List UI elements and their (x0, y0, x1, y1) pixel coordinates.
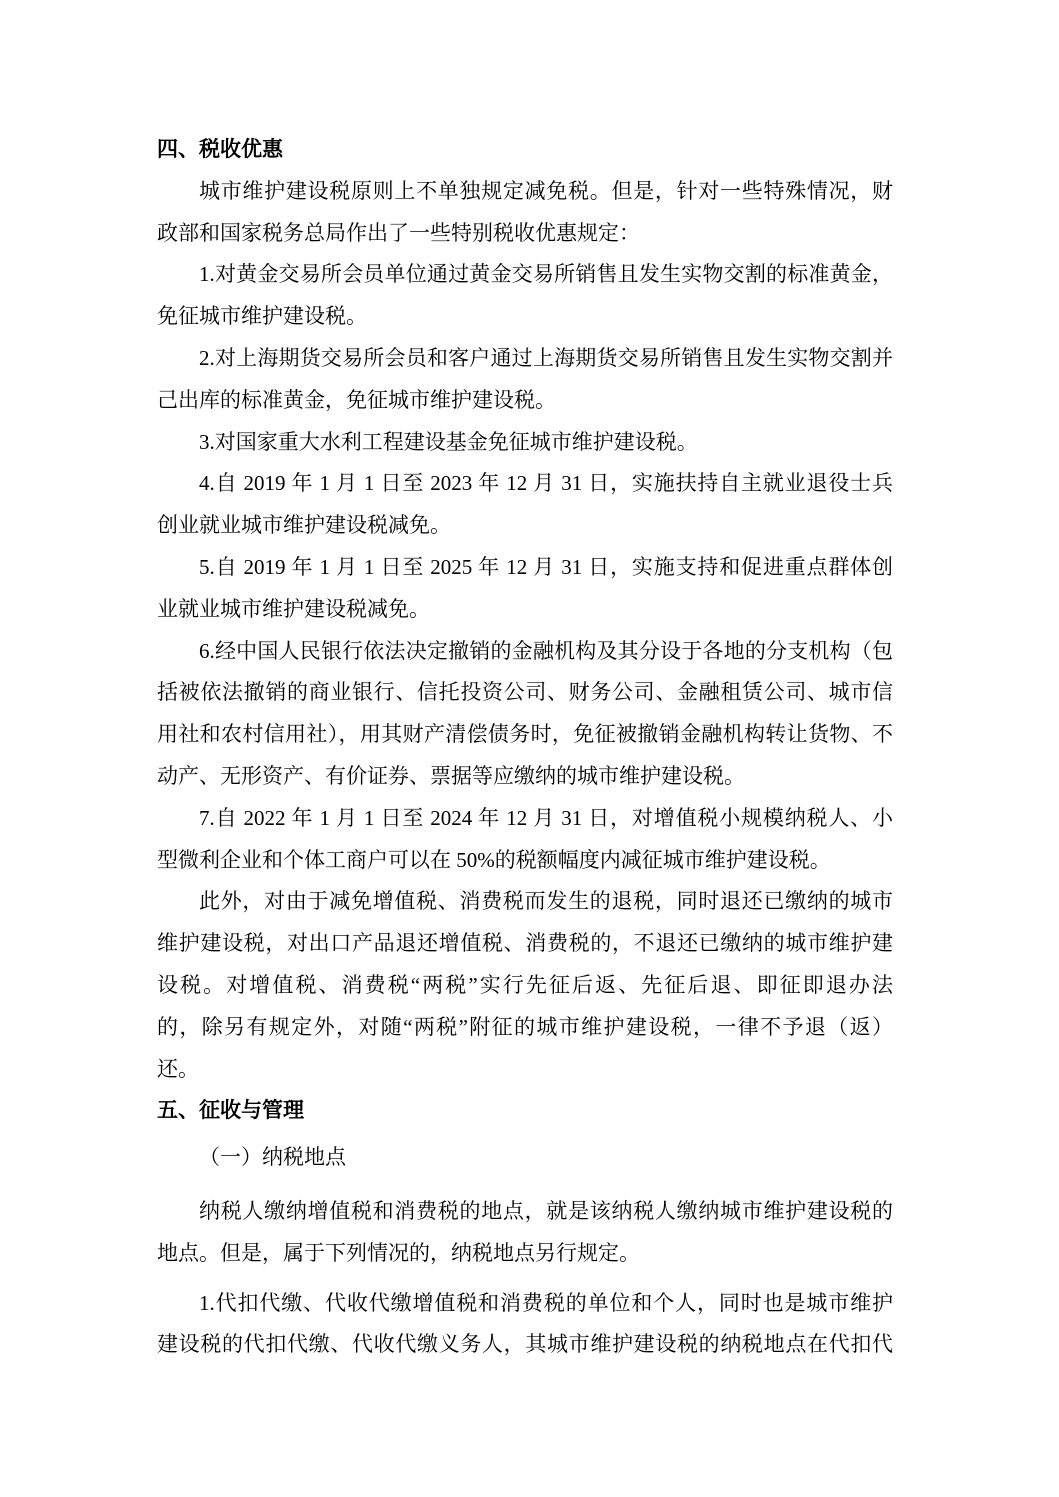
text-line: 维护建设税，对出口产品退还增值税、消费税的，不退还已缴纳的城市维护建 (157, 923, 893, 965)
text-line: 地点。但是，属于下列情况的，纳税地点另行规定。 (157, 1233, 893, 1275)
text-line: 政部和国家税务总局作出了一些特别税收优惠规定： (157, 213, 893, 255)
text-line: 用社和农村信用社），用其财产清偿债务时，免征被撤销金融机构转让货物、不 (157, 714, 893, 756)
document-page: 四、税收优惠 城市维护建设税原则上不单独规定减免税。但是，针对一些特殊情况，财 … (0, 0, 1059, 1497)
paragraph-item-3: 3.对国家重大水利工程建设基金免征城市维护建设税。 (157, 422, 893, 464)
section-heading-tax-incentives: 四、税收优惠 (157, 129, 893, 171)
text-line: 6.经中国人民银行依法决定撤销的金融机构及其分设于各地的分支机构（包 (157, 631, 893, 673)
text-line: 1.对黄金交易所会员单位通过黄金交易所销售且发生实物交割的标准黄金， (157, 254, 893, 296)
text-line: 此外，对由于减免增值税、消费税而发生的退税，同时退还已缴纳的城市 (157, 881, 893, 923)
paragraph-item-5: 5.自 2019 年 1 月 1 日至 2025 年 12 月 31 日，实施支… (157, 547, 893, 631)
paragraph-item-6: 6.经中国人民银行依法决定撤销的金融机构及其分设于各地的分支机构（包 括被依法撤… (157, 631, 893, 798)
text-line: 5.自 2019 年 1 月 1 日至 2025 年 12 月 31 日，实施支… (157, 547, 893, 589)
text-line: 设税。对增值税、消费税“两税”实行先征后返、先征后退、即征即退办法 (157, 965, 893, 1007)
paragraph-additional: 此外，对由于减免增值税、消费税而发生的退税，同时退还已缴纳的城市 维护建设税，对… (157, 881, 893, 1090)
text-line: 4.自 2019 年 1 月 1 日至 2023 年 12 月 31 日，实施扶… (157, 463, 893, 505)
section-heading-collection-management: 五、征收与管理 (157, 1090, 893, 1132)
text-line: 己出库的标准黄金，免征城市维护建设税。 (157, 380, 893, 422)
text-line: 城市维护建设税原则上不单独规定减免税。但是，针对一些特殊情况，财 (157, 171, 893, 213)
text-line: 创业就业城市维护建设税减免。 (157, 505, 893, 547)
paragraph-item-1: 1.对黄金交易所会员单位通过黄金交易所销售且发生实物交割的标准黄金， 免征城市维… (157, 254, 893, 338)
text-line: 7.自 2022 年 1 月 1 日至 2024 年 12 月 31 日，对增值… (157, 798, 893, 840)
text-line: 免征城市维护建设税。 (157, 296, 893, 338)
text-line: 1.代扣代缴、代收代缴增值税和消费税的单位和个人，同时也是城市维护 (157, 1283, 893, 1325)
heading-text: 四、税收优惠 (157, 129, 893, 171)
paragraph-item-4: 4.自 2019 年 1 月 1 日至 2023 年 12 月 31 日，实施扶… (157, 463, 893, 547)
text-line: 括被依法撤销的商业银行、信托投资公司、财务公司、金融租赁公司、城市信 (157, 672, 893, 714)
paragraph-item-7: 7.自 2022 年 1 月 1 日至 2024 年 12 月 31 日，对增值… (157, 798, 893, 882)
text-line: 还。 (157, 1049, 893, 1091)
text-line: 纳税人缴纳增值税和消费税的地点，就是该纳税人缴纳城市维护建设税的 (157, 1191, 893, 1233)
paragraph-location-intro: 纳税人缴纳增值税和消费税的地点，就是该纳税人缴纳城市维护建设税的 地点。但是，属… (157, 1191, 893, 1275)
text-line: 3.对国家重大水利工程建设基金免征城市维护建设税。 (157, 422, 893, 464)
text-line: 建设税的代扣代缴、代收代缴义务人，其城市维护建设税的纳税地点在代扣代 (157, 1324, 893, 1366)
subheading-text: （一）纳税地点 (157, 1137, 893, 1179)
subheading-tax-payment-location: （一）纳税地点 (157, 1137, 893, 1179)
text-line: 动产、无形资产、有价证券、票据等应缴纳的城市维护建设税。 (157, 756, 893, 798)
text-line: 2.对上海期货交易所会员和客户通过上海期货交易所销售且发生实物交割并 (157, 338, 893, 380)
text-line: 型微利企业和个体工商户可以在 50%的税额幅度内减征城市维护建设税。 (157, 840, 893, 882)
paragraph-item-2: 2.对上海期货交易所会员和客户通过上海期货交易所销售且发生实物交割并 己出库的标… (157, 338, 893, 422)
paragraph-intro: 城市维护建设税原则上不单独规定减免税。但是，针对一些特殊情况，财 政部和国家税务… (157, 171, 893, 255)
heading-text: 五、征收与管理 (157, 1090, 893, 1132)
text-line: 业就业城市维护建设税减免。 (157, 589, 893, 631)
paragraph-withholding: 1.代扣代缴、代收代缴增值税和消费税的单位和个人，同时也是城市维护 建设税的代扣… (157, 1283, 893, 1367)
text-line: 的，除另有规定外，对随“两税”附征的城市维护建设税，一律不予退（返） (157, 1007, 893, 1049)
